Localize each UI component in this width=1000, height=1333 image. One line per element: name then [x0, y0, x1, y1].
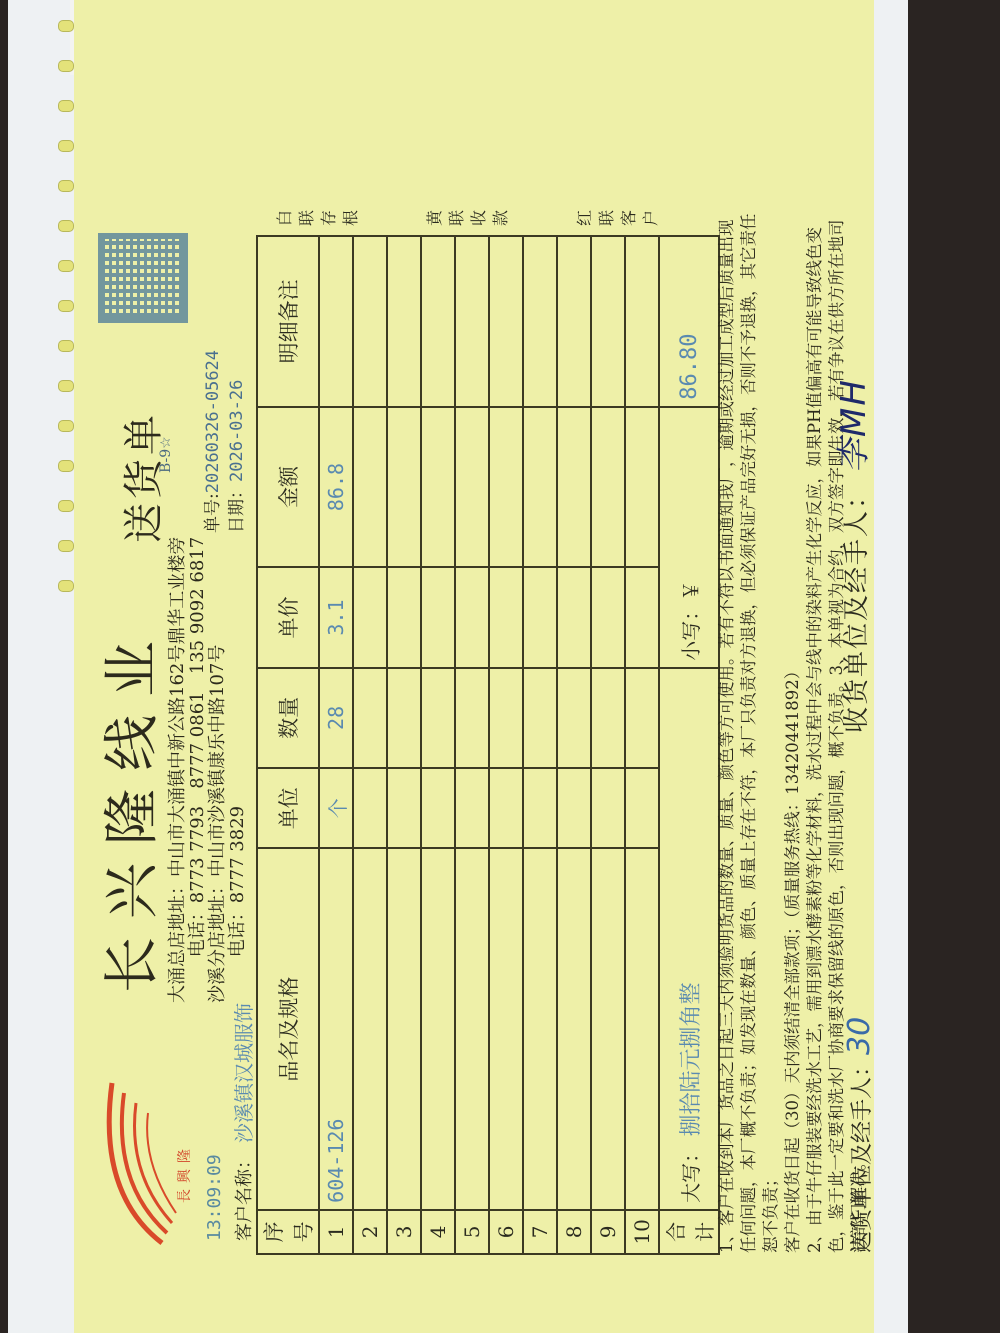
- total-label: 合计: [659, 1210, 719, 1254]
- print-time: 13:09:09: [204, 1154, 225, 1241]
- document-date: 日期：2026-03-26: [222, 380, 247, 533]
- document-type: 送货单: [112, 411, 169, 543]
- table-row: 4: [421, 236, 455, 1254]
- stamp-mark: B-9☆: [158, 436, 174, 473]
- col-name: 品名及规格: [257, 848, 319, 1209]
- document-number: 单号:20260326-05624: [198, 350, 223, 533]
- table-row: 6: [489, 236, 523, 1254]
- table-row: 9: [591, 236, 625, 1254]
- table-row: 1604-126个283.186.8: [319, 236, 353, 1254]
- table-row: 3: [387, 236, 421, 1254]
- term-1: 1、客户在收到本厂货品之日起三天内须验明货品的数量、质量、颜色等方可使用。若有不…: [716, 213, 782, 1253]
- company-name: 长兴隆线业: [88, 623, 168, 993]
- col-note: 明细备注: [257, 236, 319, 407]
- table-row: 7: [523, 236, 557, 1254]
- col-price: 单价: [257, 567, 319, 667]
- col-qty: 数量: [257, 668, 319, 768]
- col-unit: 单位: [257, 768, 319, 848]
- term-1b: 客户在收货日起（30）天内须结清全部款项；（质量服务热线：13420441892…: [782, 213, 804, 1253]
- copy-yellow: 黄联收款: [424, 207, 512, 229]
- copy-white: 白联存根: [274, 207, 362, 229]
- total-lower-label: 小写：￥: [659, 407, 719, 668]
- table-row: 10: [625, 236, 659, 1254]
- customer-label: 客户名称：: [230, 1151, 256, 1241]
- items-table: 序号 品名及规格 单位 数量 单价 金额 明细备注 1604-126个283.1…: [256, 235, 720, 1255]
- qr-code-icon: [98, 233, 188, 323]
- table-row: 2: [353, 236, 387, 1254]
- logo-text: 長興隆: [174, 1143, 194, 1203]
- total-row: 合计 大写： 捌拾陆元捌角整 小写：￥ 86.80: [659, 236, 719, 1254]
- col-no: 序号: [257, 1210, 319, 1254]
- col-amount: 金额: [257, 407, 319, 568]
- copy-red: 红联客户: [574, 207, 662, 229]
- total-lower-value: 86.80: [659, 236, 719, 407]
- company-logo-icon: [92, 1073, 182, 1253]
- table-row: 5: [455, 236, 489, 1254]
- customer-name: 沙溪镇汉城服饰: [228, 1003, 257, 1143]
- table-header-row: 序号 品名及规格 单位 数量 单价 金额 明细备注: [257, 236, 319, 1254]
- table-row: 8: [557, 236, 591, 1254]
- total-upper: 大写： 捌拾陆元捌角整: [659, 668, 719, 1210]
- address-block: 大涌总店地址：中山市大涌镇中新公路162号鼎华工业楼旁 电话：8773 7793…: [168, 537, 248, 1003]
- sender-signature: 送货单位及经手人：30: [842, 1017, 877, 1253]
- receiver-signature: 收货单位及经手人：李MH: [826, 378, 875, 733]
- delivery-note-sheet: 長興隆 长兴隆线业 送货单 大涌总店地址：中山市大涌镇中新公路162号鼎华工业楼…: [74, 0, 874, 1333]
